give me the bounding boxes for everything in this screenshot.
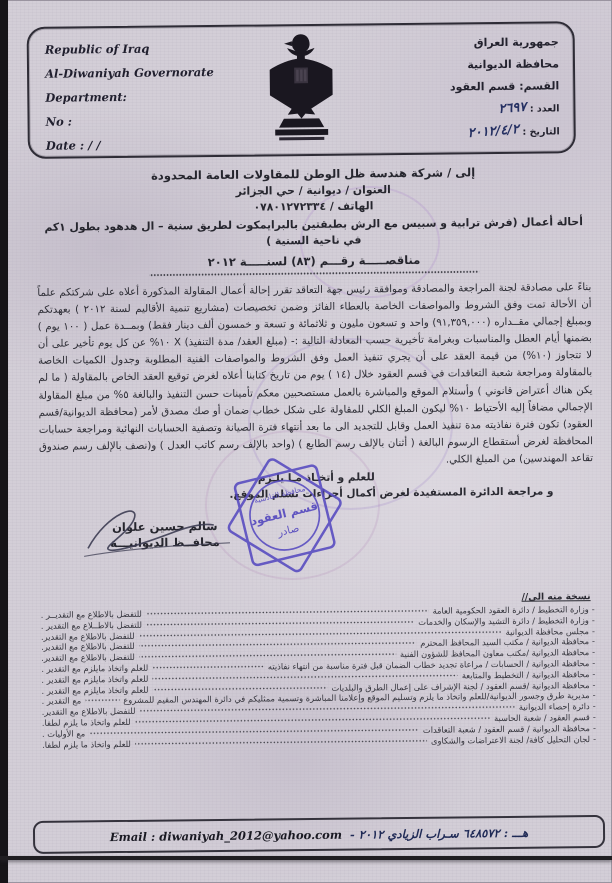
department-label-en: Department:	[45, 84, 214, 110]
subject-line: أحالة أعمال (فرش ترابية و سبيس مع الرش ب…	[41, 214, 586, 252]
doc-number-handwritten: ٢٦٩٧	[497, 97, 527, 121]
cc-bullet: -	[592, 636, 595, 647]
dotted-leader	[152, 672, 458, 681]
cc-bullet: -	[592, 658, 595, 669]
doc-date-line: التاريخ : ٢٠١٢/٤/٢	[450, 120, 560, 144]
cc-bullet: -	[592, 669, 595, 680]
cc-destination: دائرة إحصاء الديوانية	[519, 701, 590, 713]
scanned-letter-page: Republic of Iraq Al-Diwaniyah Governorat…	[0, 0, 612, 883]
stamp-word-text: صادر	[275, 522, 300, 539]
dotted-leader	[146, 619, 414, 628]
dotted-leader	[139, 640, 416, 649]
cc-bullet: -	[593, 712, 596, 723]
signature-area: سالم حسين علوان محافــظ الديوانيـــة محا…	[40, 497, 595, 597]
cc-list: -وزارة التخطيط / دائرة العقود الحكومية ا…	[41, 604, 596, 750]
letterhead-box: Republic of Iraq Al-Diwaniyah Governorat…	[27, 21, 576, 159]
cc-note: للعلم واتخاذ ما يلزم لطفا.	[42, 717, 131, 729]
department-ar: القسم: قسم العقود	[450, 75, 560, 98]
tender-number-line: مناقصـــــة رقـــم (٨٣) لسنـــــة ٢٠١٢	[37, 249, 591, 273]
dotted-leader	[89, 727, 419, 736]
dotted-leader	[85, 697, 119, 703]
cc-bullet: -	[592, 604, 595, 615]
cc-note: مع الأوليات .	[42, 728, 85, 739]
cc-bullet: -	[593, 723, 596, 734]
cc-note: مع التقدير .	[42, 696, 82, 707]
cc-bullet: -	[592, 626, 595, 637]
doc-number-line: العدد : ٢٦٩٧	[450, 97, 560, 121]
number-label-ar: العدد :	[530, 103, 560, 114]
footer-phone-handwritten: هـــ : ٦٤٨٥٧٢ سـراب الزيادي ٢٠١٢ -	[350, 825, 528, 841]
date-slashes: / /	[88, 138, 101, 152]
cc-bullet: -	[592, 615, 595, 626]
dotted-leader	[152, 684, 327, 692]
governorate-en: Al-Diwaniyah Governorate	[45, 60, 214, 86]
cc-bullet: -	[593, 734, 596, 745]
iraq-coat-of-arms-eagle	[252, 31, 351, 154]
dotted-leader	[139, 629, 502, 639]
letterhead-english: Republic of Iraq Al-Diwaniyah Governorat…	[45, 36, 215, 158]
cc-bullet: -	[592, 647, 595, 658]
country-en: Republic of Iraq	[45, 36, 214, 62]
footer-email: Email : diwaniyah_2012@yahoo.com	[110, 827, 342, 843]
letter-content: إلى / شركة هندسة ظل الوطن للمقاولات العا…	[36, 163, 596, 750]
number-label-en: No :	[45, 108, 214, 134]
letter-title-block: إلى / شركة هندسة ظل الوطن للمقاولات العا…	[36, 163, 591, 279]
letter-sheet: Republic of Iraq Al-Diwaniyah Governorat…	[4, 0, 612, 883]
country-ar: جمهورية العراق	[449, 31, 559, 54]
doc-date-handwritten: ٢٠١٢/٤/٢	[466, 119, 519, 145]
cc-destination: مجلس محافظة الديوانية	[506, 626, 589, 638]
date-label-ar: التاريخ :	[522, 126, 559, 137]
dotted-leader	[135, 737, 427, 746]
date-label-en: Date : / /	[46, 132, 215, 158]
dotted-leader	[135, 715, 491, 725]
dotted-leader	[146, 608, 429, 617]
governorate-ar: محافظة الديوانية	[450, 53, 560, 76]
cc-note: للعلم واتخاذ ما يلزم لطفا.	[42, 738, 131, 750]
cc-destination: لجان التحليل كافة/ لجنة الاعتراضات والشك…	[431, 734, 590, 746]
letterhead-arabic: جمهورية العراق محافظة الديوانية القسم: ق…	[449, 31, 559, 144]
dotted-leader	[139, 651, 396, 660]
cc-bullet: -	[593, 701, 596, 712]
cc-bullet: -	[593, 690, 596, 701]
footer-contact-box: هـــ : ٦٤٨٥٧٢ سـراب الزيادي ٢٠١٢ - Email…	[33, 815, 605, 854]
cc-bullet: -	[592, 680, 595, 691]
dotted-leader	[152, 664, 264, 671]
